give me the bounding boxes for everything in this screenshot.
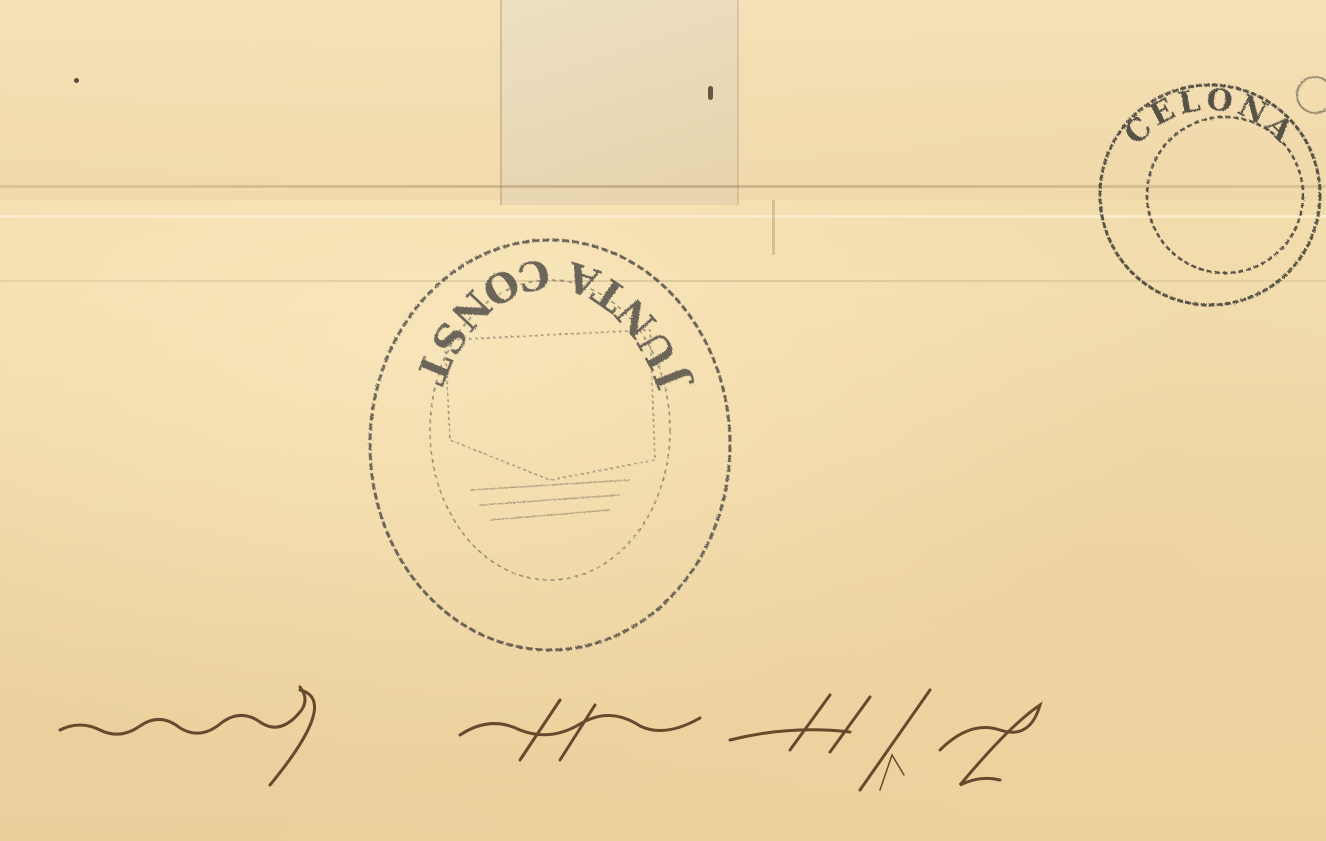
datestamp-text: CELONA	[1118, 82, 1303, 152]
svg-text:CELONA: CELONA	[1118, 82, 1303, 152]
seal-text: JUNTA CONST	[404, 249, 697, 399]
postmarks-layer: CELONA JUNTA CONST	[0, 0, 1326, 841]
handwritten-annotation	[60, 687, 1040, 790]
circular-datestamp: CELONA	[1100, 77, 1326, 305]
oval-seal: JUNTA CONST	[370, 240, 730, 650]
letter-cover: CELONA JUNTA CONST	[0, 0, 1326, 841]
svg-text:JUNTA CONST: JUNTA CONST	[404, 249, 697, 399]
